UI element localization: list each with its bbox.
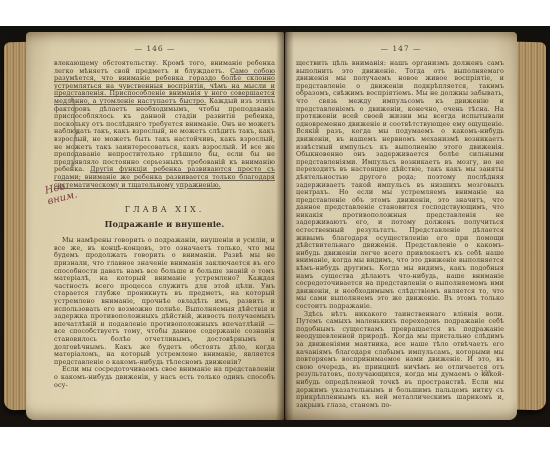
page-number-right: — 147 —: [285, 44, 517, 53]
left-page: — 146 — влекающему обстоятельству. Кромѣ…: [26, 32, 284, 420]
page-number-left: — 146 —: [26, 44, 284, 53]
body-paragraph: ществить цѣль вниманія: нашъ организмъ д…: [296, 60, 504, 311]
body-paragraph: влекающему обстоятельству. Кромѣ того, в…: [54, 60, 275, 189]
pencil-brace-mark: }: [66, 84, 84, 173]
book-gutter-shadow: [276, 30, 294, 422]
body-paragraph: Мы намѣрены говорить о подражаніи, внуше…: [54, 237, 275, 366]
left-page-text: влекающему обстоятельству. Кромѣ того, в…: [26, 60, 284, 389]
signature-mark: 10*: [480, 370, 491, 377]
paragraph-text: Каждый изъ этихъ факторовъ дѣлаетъ необх…: [54, 97, 275, 173]
chapter-heading: ГЛАВА XIX.: [54, 206, 275, 214]
book-photo: — 146 — влекающему обстоятельству. Кромѣ…: [0, 0, 550, 450]
body-paragraph: Здѣсь нѣтъ никакого таинственнаго вліяні…: [296, 311, 504, 410]
right-page: — 147 — ществить цѣль вниманія: нашъ орг…: [285, 32, 517, 420]
right-page-text: ществить цѣль вниманія: нашъ организмъ д…: [285, 60, 517, 409]
right-page-edges: [516, 42, 546, 411]
chapter-subtitle: Подражаніе и внушеніе.: [54, 221, 275, 229]
body-paragraph: Если мы сосредоточиваемъ свое вниманіе н…: [54, 366, 275, 389]
